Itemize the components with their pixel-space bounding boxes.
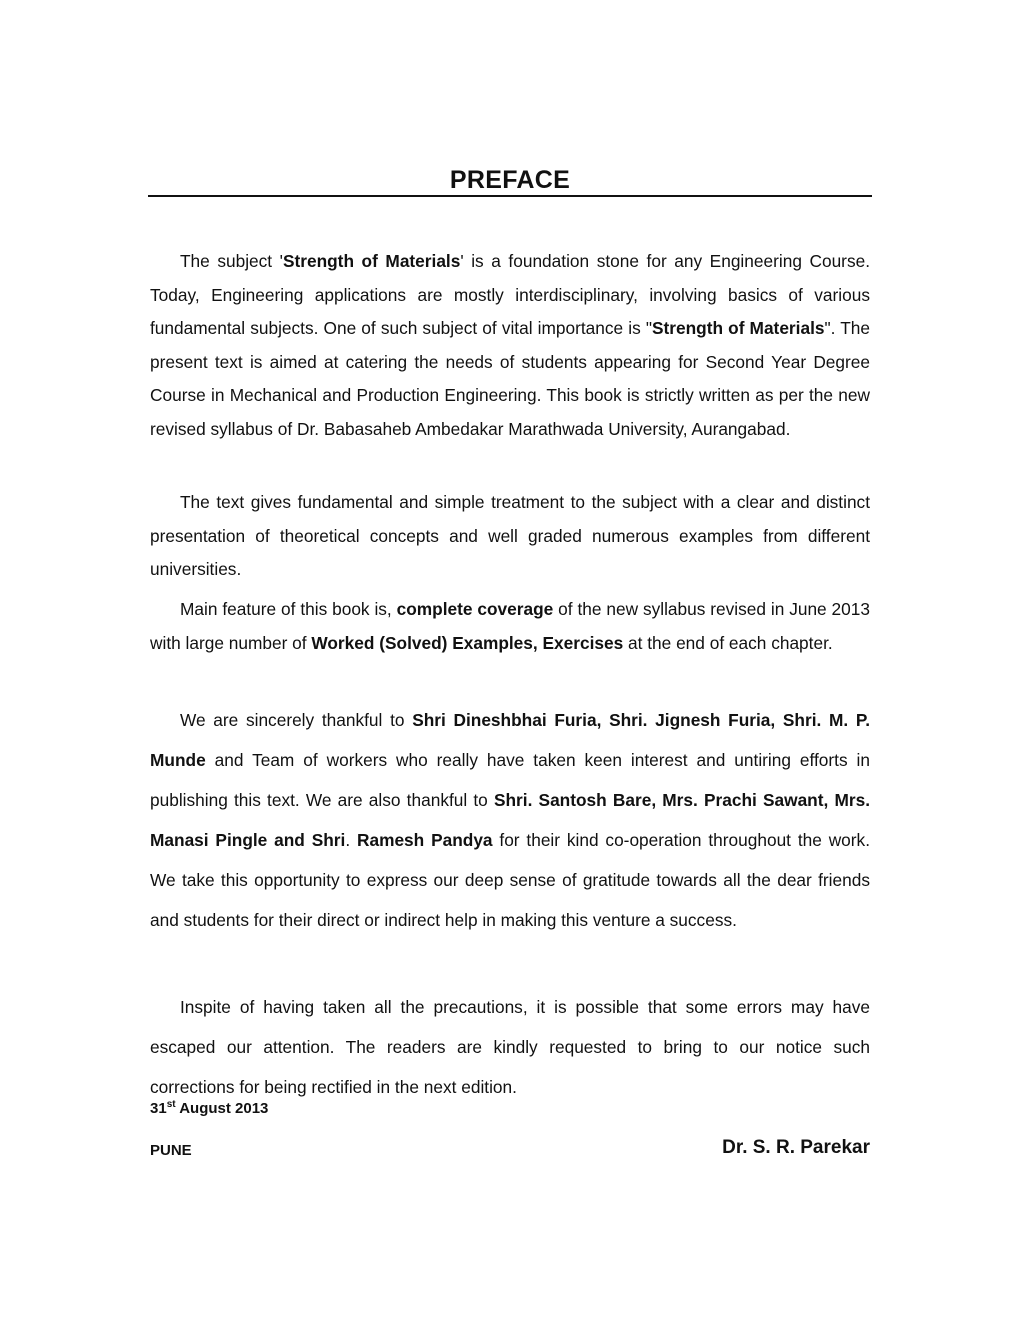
page-title: PREFACE [148,166,872,195]
text-run: . [345,830,357,850]
text-run: at the end of each chapter. [623,633,832,653]
bold-text: Strength of Materials [652,318,825,338]
bold-text: Strength of Materials [283,251,460,271]
preface-date: 31st August 2013 [150,1100,268,1117]
bold-text: Worked (Solved) Examples, Exercises [311,633,623,653]
text-run: We are sincerely thankful to [180,710,412,730]
bold-text: complete coverage [397,599,554,619]
title-underline [148,195,872,197]
date-suffix: st [167,1099,176,1110]
preface-city: PUNE [150,1142,192,1159]
paragraph: Inspite of having taken all the precauti… [150,987,870,1107]
paragraph: The text gives fundamental and simple tr… [150,486,870,587]
text-run: The subject ' [180,251,283,271]
paragraph: The subject 'Strength of Materials' is a… [150,245,870,446]
bold-text: Ramesh Pandya [357,830,493,850]
text-run: The text gives fundamental and simple tr… [150,492,870,579]
author-signature: Dr. S. R. Parekar [722,1137,870,1159]
date-day: 31 [150,1100,167,1117]
paragraph: Main feature of this book is, complete c… [150,593,870,660]
text-run: Inspite of having taken all the precauti… [150,997,870,1097]
paragraph: We are sincerely thankful to Shri Dinesh… [150,700,870,940]
text-run: Main feature of this book is, [180,599,397,619]
date-rest: August 2013 [176,1100,269,1117]
